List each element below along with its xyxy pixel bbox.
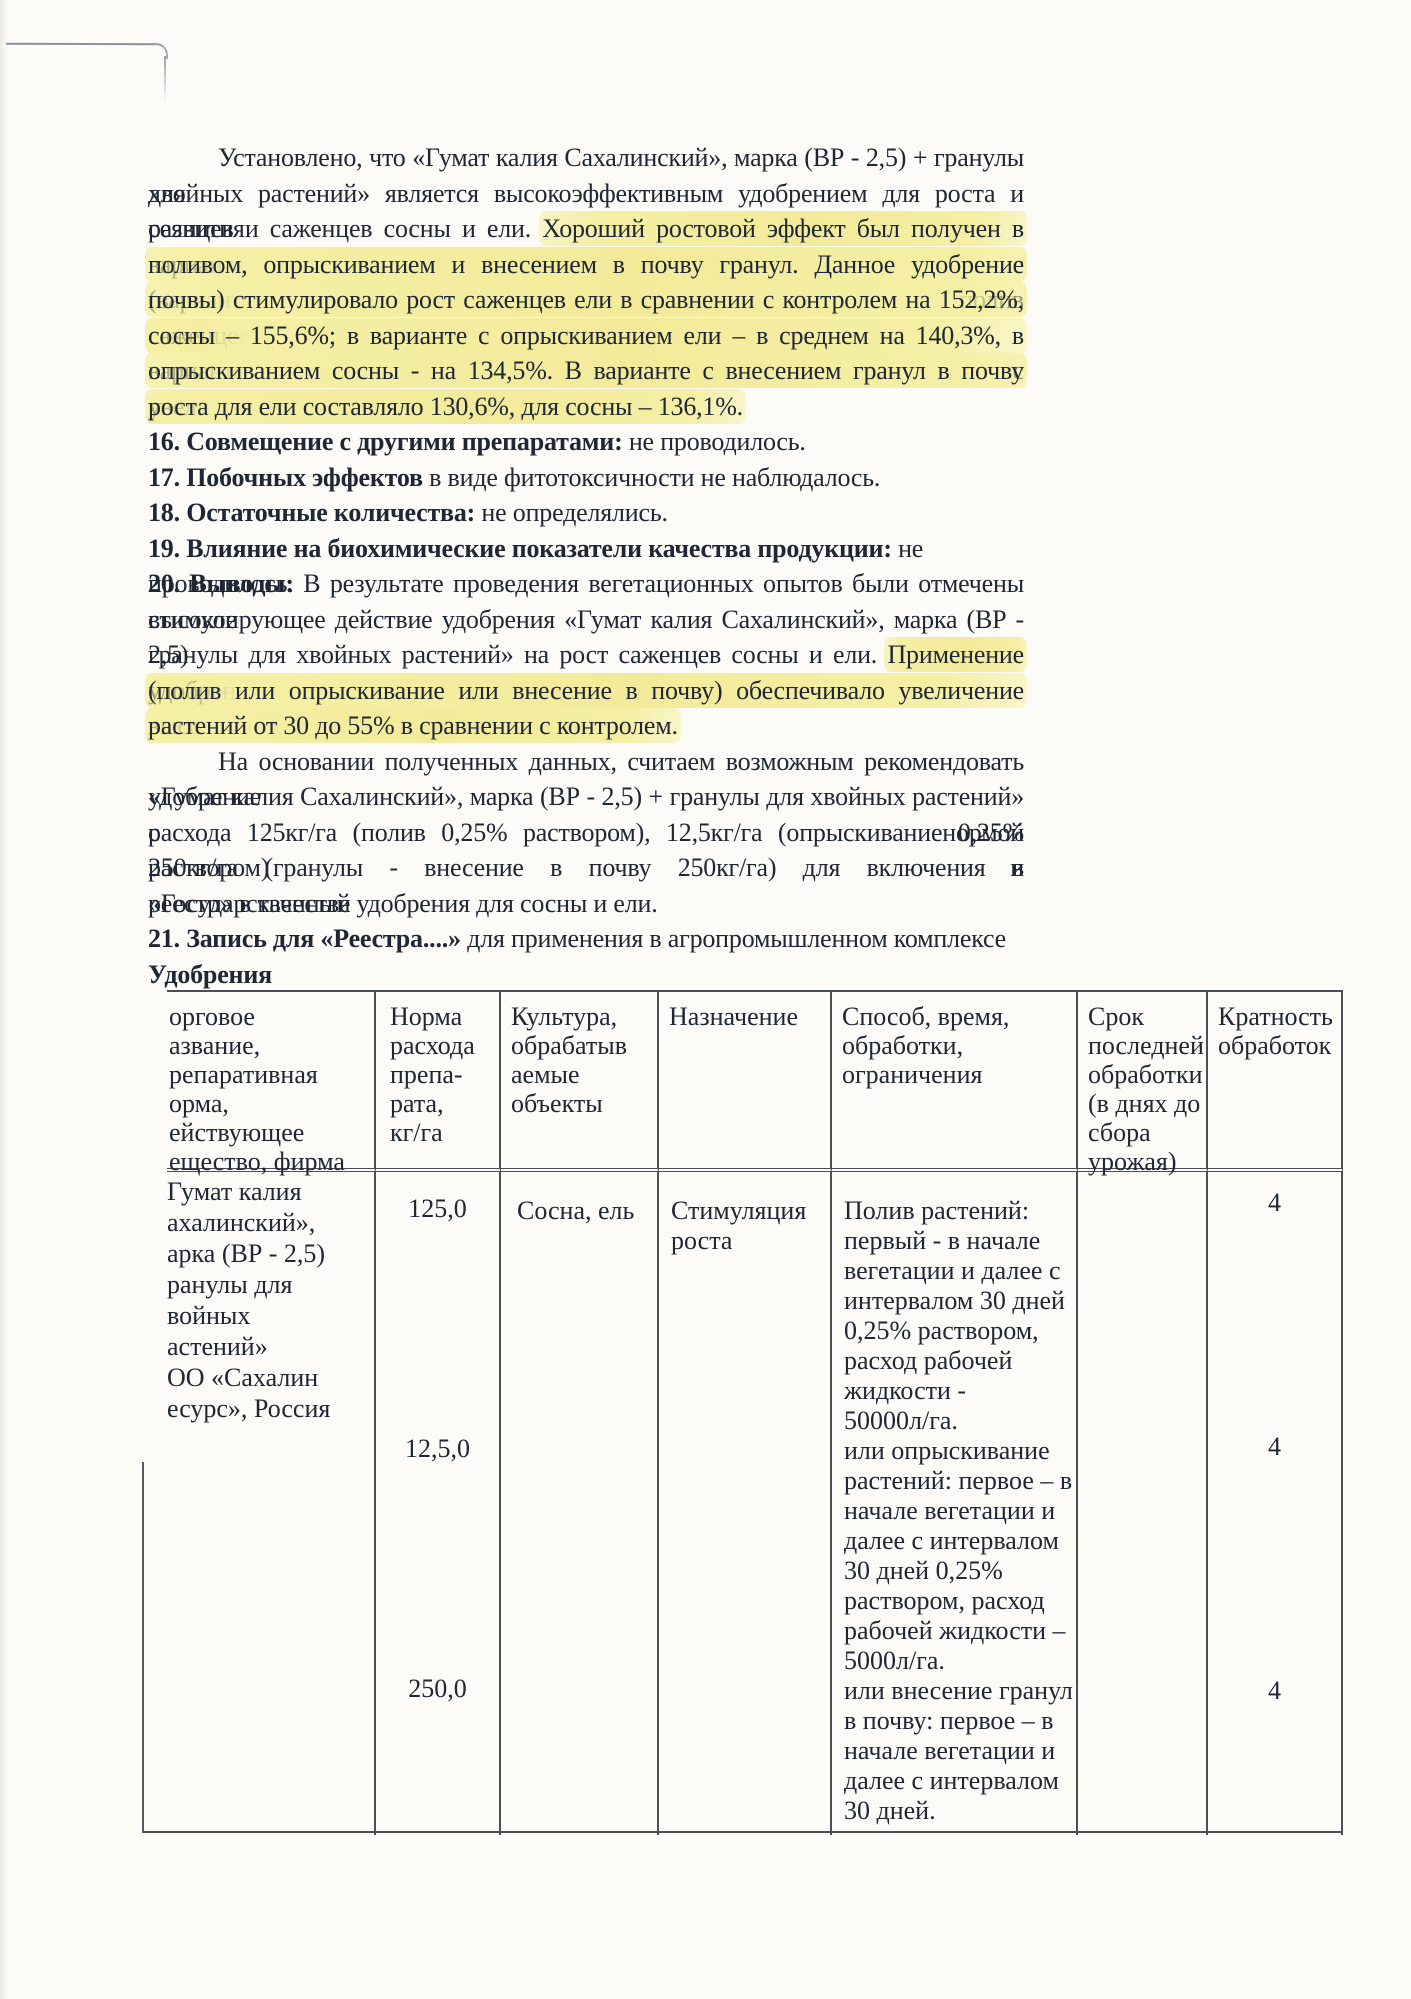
method-line: Полив растений:: [844, 1196, 1072, 1226]
culture-header-line: аемые: [511, 1060, 653, 1089]
method-line: первый - в начале: [844, 1226, 1072, 1256]
purpose-line: Стимуляция: [671, 1196, 826, 1226]
rate-header-line: Норма: [390, 1002, 495, 1031]
multiplicity-value: 4: [1208, 1432, 1341, 1462]
method-line: расход рабочей: [844, 1346, 1072, 1376]
method-paragraph: или внесение гранулв почву: первое – вна…: [844, 1676, 1072, 1826]
culture-value: Сосна, ель: [517, 1196, 634, 1225]
multiplicity-value: 4: [1208, 1676, 1341, 1706]
text-line: поливом, опрыскиванием и внесением в поч…: [148, 247, 1024, 283]
text-line: сосны – 155,6%; в варианте с опрыскивани…: [148, 318, 1024, 354]
trade-name-line: астений»: [167, 1331, 370, 1362]
trade-name-header-line: репаративная: [169, 1060, 370, 1089]
document-page: Установлено, что «Гумат калия Сахалински…: [0, 0, 1411, 1999]
method-line: или опрыскивание: [844, 1436, 1072, 1466]
text-segment: 21. Запись для «Реестра....»: [148, 924, 461, 953]
main-text: Установлено, что «Гумат калия Сахалински…: [148, 140, 1024, 992]
trade-name-header-cell: орговоеазвание,репаративнаяорма,ействующ…: [167, 992, 376, 1172]
text-segment: сеянцев и саженцев сосны и ели.: [148, 214, 542, 243]
text-segment: гранулы для хвойных растений» на рост са…: [148, 640, 887, 669]
method-paragraph: или опрыскиваниерастений: первое – внача…: [844, 1436, 1072, 1676]
method-line: раствором, расход: [844, 1586, 1072, 1616]
multiplicity-header-line: Кратность: [1218, 1002, 1337, 1031]
text-line: 20. Выводы: В результате проведения веге…: [148, 566, 1024, 602]
trade-name-line: ахалинский»,: [167, 1207, 370, 1238]
rate-value: 12,5,0: [376, 1434, 499, 1464]
trade-name-line: ранулы для: [167, 1269, 370, 1300]
rate-header-line: рата,: [390, 1089, 495, 1118]
text-line: стимулирующее действие удобрения «Гумат …: [148, 602, 1024, 638]
text-segment: 19. Влияние на биохимические показатели …: [148, 534, 892, 563]
purpose-header-line: Назначение: [669, 1002, 826, 1031]
method-header-line: обработки,: [842, 1031, 1072, 1060]
text-line: (полив или опрыскивание или внесение в п…: [148, 673, 1024, 709]
multiplicity-value: 4: [1208, 1188, 1341, 1218]
method-line: далее с интервалом: [844, 1526, 1072, 1556]
trade-name-header-line: орговое: [169, 1002, 370, 1031]
culture-cell: Сосна, ель: [501, 1172, 659, 1835]
trade-name-header-line: азвание,: [169, 1031, 370, 1060]
highlighted-text: растений от 30 до 55% в сравнении с конт…: [145, 708, 681, 743]
scan-left-edge: [0, 0, 8, 1999]
trade-name-cell: Гумат калияахалинский»,арка (ВР - 2,5)ра…: [167, 1172, 376, 1835]
text-segment: 17. Побочных эффектов: [148, 463, 423, 492]
rate-header-line: кг/га: [390, 1118, 495, 1147]
trade-name-line: арка (ВР - 2,5): [167, 1238, 370, 1269]
rate-header-line: препа-: [390, 1060, 495, 1089]
text-line: «Гумат калия Сахалинский», марка (ВР - 2…: [148, 779, 1024, 815]
term-header-line: (в днях до: [1088, 1089, 1202, 1118]
trade-name-line: ОО «Сахалин: [167, 1362, 370, 1393]
method-line: далее с интервалом: [844, 1766, 1072, 1796]
culture-header-line: Культура,: [511, 1002, 653, 1031]
text-segment: не проводилось.: [623, 427, 806, 456]
term-header-line: последней: [1088, 1031, 1202, 1060]
text-line: На основании полученных данных, считаем …: [148, 744, 1024, 780]
text-line: 250кг/га (гранулы - внесение в почву 250…: [148, 850, 1024, 886]
method-line: 0,25% раствором,: [844, 1316, 1072, 1346]
rate-value: 250,0: [376, 1674, 499, 1704]
method-line: 30 дней 0,25%: [844, 1556, 1072, 1586]
trade-name-line: есурс», Россия: [167, 1393, 370, 1424]
method-line: интервалом 30 дней: [844, 1286, 1072, 1316]
text-line: 16. Совмещение с другими препаратами: не…: [148, 424, 1024, 460]
method-line: или внесение гранул: [844, 1676, 1072, 1706]
text-line: хвойных растений» является высокоэффекти…: [148, 176, 1024, 212]
method-header-line: Способ, время,: [842, 1002, 1072, 1031]
text-line: Установлено, что «Гумат калия Сахалински…: [148, 140, 1024, 176]
culture-header-line: обрабатыв: [511, 1031, 653, 1060]
text-line: Удобрения: [148, 957, 1024, 993]
table-bottom-border: [142, 1831, 1343, 1833]
text-segment: в виде фитотоксичности не наблюдалось.: [423, 463, 880, 492]
text-line: сеянцев и саженцев сосны и ели. Хороший …: [148, 211, 1024, 247]
method-line: начале вегетации и: [844, 1736, 1072, 1766]
purpose-line: роста: [671, 1226, 826, 1256]
trade-name-line: Гумат калия: [167, 1176, 370, 1207]
text-line: опрыскиванием сосны - на 134,5%. В вариа…: [148, 353, 1024, 389]
method-paragraph: Полив растений:первый - в началевегетаци…: [844, 1196, 1072, 1436]
text-line: роста для ели составляло 130,6%, для сос…: [148, 389, 1024, 425]
method-line: растений: первое – в: [844, 1466, 1072, 1496]
text-line: почвы) стимулировало рост саженцев ели в…: [148, 282, 1024, 318]
text-segment: для применения в агропромышленном компле…: [461, 924, 1006, 953]
scan-stray-vertical-line: [142, 1462, 144, 1831]
culture-header-line: объекты: [511, 1089, 653, 1118]
registry-table: орговоеазвание,репаративнаяорма,ействующ…: [167, 990, 1343, 1835]
term-header-line: обработки: [1088, 1060, 1202, 1089]
text-line: расхода 125кг/га (полив 0,25% раствором)…: [148, 815, 1024, 851]
rate-header-line: расхода: [390, 1031, 495, 1060]
text-segment: 16. Совмещение с другими препаратами:: [148, 427, 623, 456]
text-segment: не определялись.: [475, 498, 668, 527]
scan-artifact-top-line: [6, 43, 156, 45]
purpose-cell: Стимуляцияроста: [659, 1172, 832, 1835]
term-cell: [1078, 1172, 1208, 1835]
text-segment: реестр» в качестве удобрения для сосны и…: [148, 889, 658, 918]
multiplicity-header-cell: Кратностьобработок: [1208, 992, 1343, 1172]
term-header-line: Срок: [1088, 1002, 1202, 1031]
rate-value: 125,0: [376, 1194, 499, 1224]
method-header-line: ограничения: [842, 1060, 1072, 1089]
rate-header-cell: Нормарасходапрепа-рата,кг/га: [376, 992, 501, 1172]
text-line: 17. Побочных эффектов в виде фитотоксичн…: [148, 460, 1024, 496]
method-line: 5000л/га.: [844, 1646, 1072, 1676]
method-line: начале вегетации и: [844, 1496, 1072, 1526]
rate-cell: 125,012,5,0250,0: [376, 1172, 501, 1835]
purpose-header-cell: Назначение: [659, 992, 832, 1172]
text-segment: Удобрения: [148, 960, 272, 989]
text-line: 19. Влияние на биохимические показатели …: [148, 531, 1024, 567]
method-cell: Полив растений:первый - в началевегетаци…: [832, 1172, 1078, 1835]
term-header-line: сбора: [1088, 1118, 1202, 1147]
text-line: 21. Запись для «Реестра....» для примене…: [148, 921, 1024, 957]
method-line: жидкости -: [844, 1376, 1072, 1406]
text-line: растений от 30 до 55% в сравнении с конт…: [148, 708, 1024, 744]
text-line: реестр» в качестве удобрения для сосны и…: [148, 886, 1024, 922]
text-line: 18. Остаточные количества: не определяли…: [148, 495, 1024, 531]
text-line: гранулы для хвойных растений» на рост са…: [148, 637, 1024, 673]
culture-header-cell: Культура,обрабатываемыеобъекты: [501, 992, 659, 1172]
scan-artifact-vertical: [164, 56, 166, 102]
term-header-cell: Срокпоследнейобработки(в днях досборауро…: [1078, 992, 1208, 1172]
text-segment: 18. Остаточные количества:: [148, 498, 475, 527]
multiplicity-cell: 444: [1208, 1172, 1343, 1835]
method-line: 50000л/га.: [844, 1406, 1072, 1436]
method-line: 30 дней.: [844, 1796, 1072, 1826]
method-line: рабочей жидкости –: [844, 1616, 1072, 1646]
method-header-cell: Способ, время,обработки,ограничения: [832, 992, 1078, 1172]
multiplicity-header-line: обработок: [1218, 1031, 1337, 1060]
text-segment: 20. Выводы:: [148, 569, 294, 598]
trade-name-line: войных: [167, 1300, 370, 1331]
trade-name-header-line: орма,: [169, 1089, 370, 1118]
highlighted-text: роста для ели составляло 130,6%, для сос…: [145, 389, 746, 424]
method-line: в почву: первое – в: [844, 1706, 1072, 1736]
method-line: вегетации и далее с: [844, 1256, 1072, 1286]
trade-name-header-line: ействующее: [169, 1118, 370, 1147]
